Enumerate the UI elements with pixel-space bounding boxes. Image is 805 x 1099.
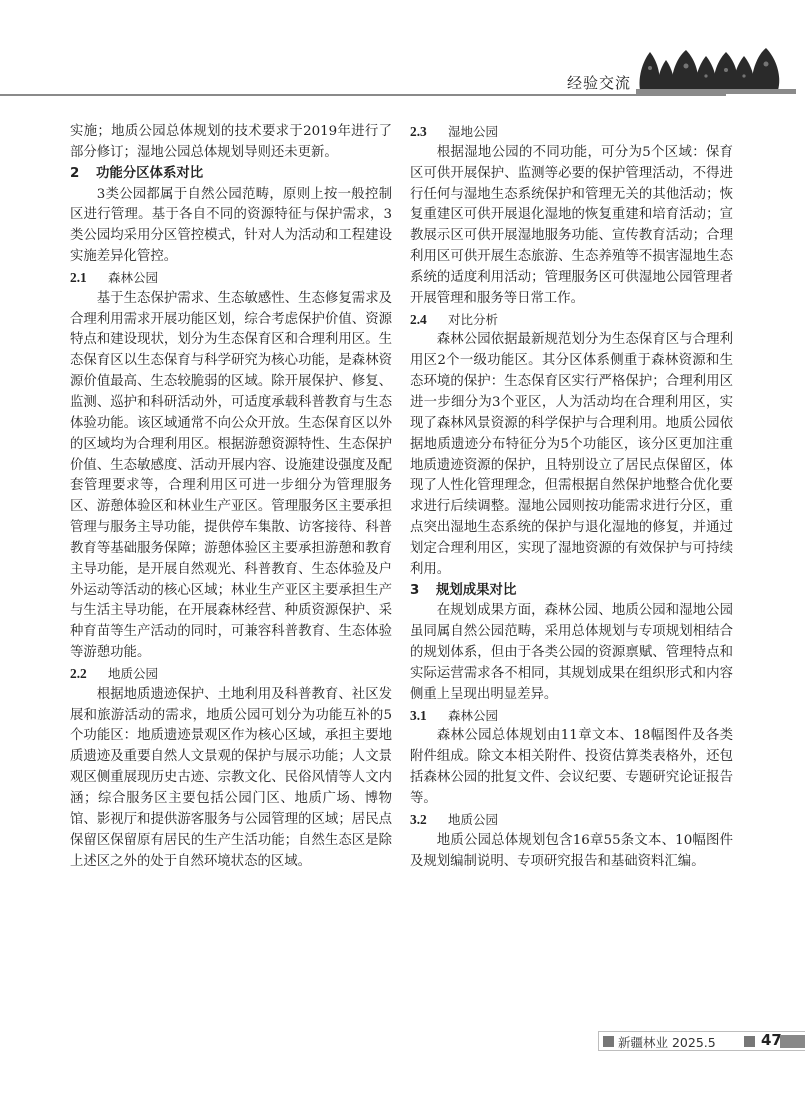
section-2-2-heading: 2.2地质公园 [70,664,392,685]
heading-number: 2.2 [70,664,108,685]
right-column: 2.3湿地公园 根据湿地公园的不同功能，可分为5个区域：保育区可供开展保护、监测… [410,122,733,872]
section-2-4-heading: 2.4对比分析 [410,310,733,331]
heading-title: 对比分析 [448,312,498,327]
heading-title: 功能分区体系对比 [96,166,203,181]
heading-title: 湿地公园 [448,124,498,139]
heading-number: 2.1 [70,268,108,289]
page-header: 经验交流 [0,0,805,100]
page-footer: 新疆林业 2025.5 47 [598,1031,805,1051]
section-3-1-heading: 3.1森林公园 [410,706,733,727]
section-3-2-heading: 3.2地质公园 [410,810,733,831]
section-2-3-heading: 2.3湿地公园 [410,122,733,143]
heading-number: 2 [70,164,96,185]
heading-title: 地质公园 [108,666,158,681]
heading-number: 3 [410,581,436,602]
section-2-3-paragraph: 根据湿地公园的不同功能，可分为5个区域：保育区可供开展保护、监测等必要的保护管理… [410,143,733,310]
heading-number: 2.3 [410,122,448,143]
section-label: 经验交流 [567,72,631,93]
section-2-2-paragraph: 根据地质遗迹保护、土地利用及科普教育、社区发展和旅游活动的需求，地质公园可划分为… [70,685,392,873]
section-3-paragraph: 在规划成果方面，森林公园、地质公园和湿地公园虽同属自然公园范畴，采用总体规划与专… [410,601,733,705]
section-2-heading: 2功能分区体系对比 [70,164,392,185]
section-2-1-heading: 2.1森林公园 [70,268,392,289]
section-3-heading: 3规划成果对比 [410,581,733,602]
heading-title: 森林公园 [108,270,158,285]
section-3-2-paragraph: 地质公园总体规划包含16章55条文本、10幅图件及规划编制说明、专项研究报告和基… [410,831,733,873]
header-rule [0,94,726,96]
section-2-paragraph: 3类公园都属于自然公园范畴，原则上按一般控制区进行管理。基于各自不同的资源特征与… [70,185,392,268]
heading-title: 森林公园 [448,708,498,723]
footer-bar [780,1035,805,1048]
section-2-4-paragraph: 森林公园依据最新规范划分为生态保育区与合理利用区2个一级功能区。其分区体系侧重于… [410,330,733,580]
intro-paragraph: 实施；地质公园总体规划的技术要求于2019年进行了部分修订；湿地公园总体规划导则… [70,122,392,164]
section-3-1-paragraph: 森林公园总体规划由11章文本、18幅图件及各类附件组成。除文本相关附件、投资估算… [410,726,733,809]
heading-number: 3.2 [410,810,448,831]
left-column: 实施；地质公园总体规划的技术要求于2019年进行了部分修订；湿地公园总体规划导则… [70,122,392,872]
heading-title: 规划成果对比 [436,583,516,598]
heading-title: 地质公园 [448,812,498,827]
heading-number: 2.4 [410,310,448,331]
square-marker-icon [744,1036,755,1047]
heading-number: 3.1 [410,706,448,727]
section-2-1-paragraph: 基于生态保护需求、生态敏感性、生态修复需求及合理利用需求开展功能区划，综合考虑保… [70,289,392,664]
square-marker-icon [603,1036,614,1047]
page-number: 47 [761,1031,782,1049]
journal-issue: 新疆林业 2025.5 [618,1033,716,1051]
